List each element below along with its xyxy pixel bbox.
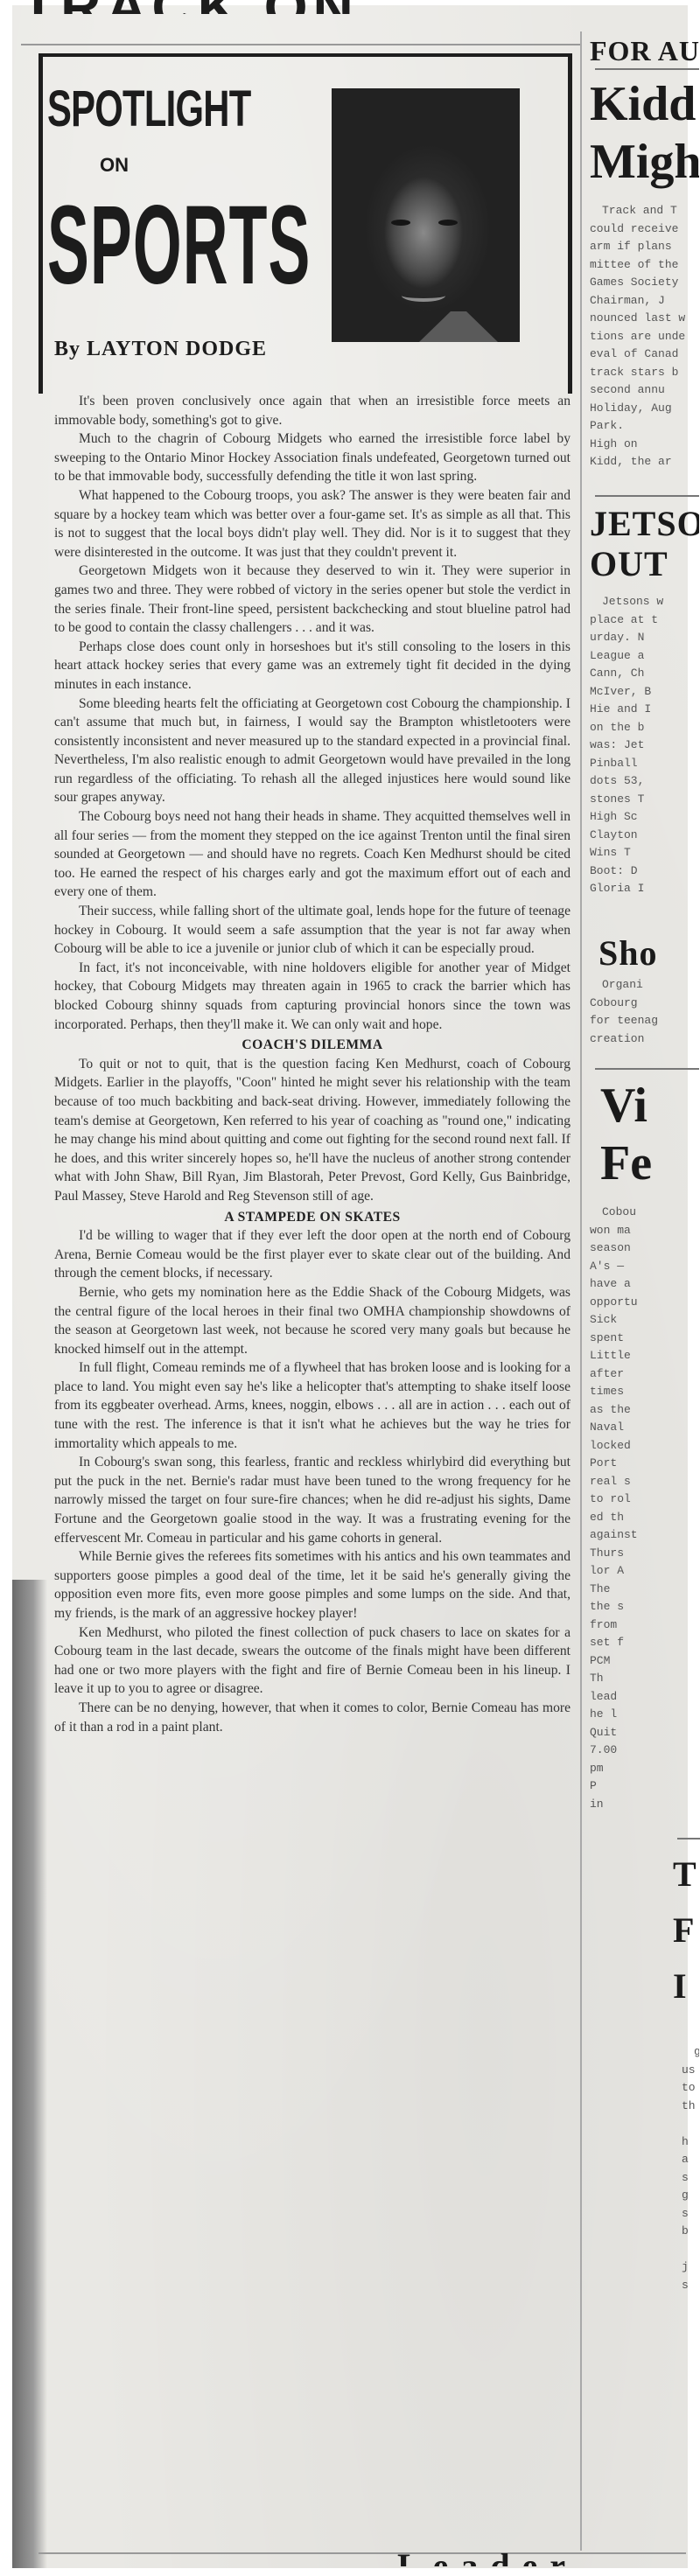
headline-1-line: Migh [590, 133, 699, 191]
column-title-spotlight: SPOTLIGHT [47, 80, 250, 138]
story-line: could receive [590, 220, 699, 239]
story-line: was: Jet [590, 736, 699, 755]
masthead-fragment: TRACK ON [21, 0, 563, 14]
story-line: from [590, 1616, 699, 1635]
story-line: McIver, B [590, 683, 699, 702]
story-line: PCM [590, 1652, 699, 1671]
article-section-stampede: I'd be willing to wager that if they eve… [54, 1226, 570, 1736]
story-line: arm if plans [590, 238, 699, 256]
story-line: Clayton [590, 827, 699, 845]
story-line: Track and T [590, 202, 699, 220]
story-line: nounced last w [590, 310, 699, 328]
story-line: times [590, 1383, 699, 1401]
story-line: creation [590, 1030, 699, 1049]
story-line: The [590, 1581, 699, 1599]
story-line: j [682, 2258, 699, 2277]
story-line: Holiday, Aug [590, 400, 699, 418]
story-line: stones T [590, 791, 699, 809]
story-line: Cobourg [590, 995, 699, 1013]
subhead-coaches-dilemma: COACH'S DILEMMA [54, 1036, 570, 1055]
article-paragraph: Perhaps close does count only in horsesh… [54, 638, 570, 695]
story-line [682, 2241, 699, 2259]
story-line: dots 53, [590, 772, 699, 791]
right-headline-3: Sho [598, 932, 700, 974]
right-kicker: FOR AU [590, 35, 699, 67]
right-headline-5: T F I [673, 1846, 700, 2014]
story-line: P [590, 1777, 699, 1796]
story-line: Park. [590, 417, 699, 436]
story-line: Naval [590, 1419, 699, 1437]
story-line: Cobou [590, 1204, 699, 1222]
story-line: Boot: D [590, 862, 699, 881]
story-line: he l [590, 1706, 699, 1724]
story-line: for teenag [590, 1012, 699, 1030]
story-line: Sick [590, 1311, 699, 1330]
newspaper-page: TRACK ON SPOTLIGHT ON SPORTS By LAYTON D… [12, 5, 688, 2568]
right-story-4: Cobouwon maseasonA's —have aopportuSicks… [590, 1204, 699, 1813]
story-line: League a [590, 647, 699, 666]
story-line: g [682, 2187, 699, 2205]
story-line: in [590, 1796, 699, 1814]
story-line: to [682, 2079, 699, 2098]
masthead-rule [21, 44, 581, 45]
story-line: us [682, 2062, 699, 2080]
article-paragraph: What happened to the Cobourg troops, you… [54, 486, 570, 562]
right-headline-1: Kidd Migh [590, 75, 699, 191]
headline-4-line: Fe [600, 1134, 700, 1192]
story-line: locked [590, 1437, 699, 1456]
story-line: High on [590, 436, 699, 454]
photo-collar [419, 311, 498, 342]
headline-5-line: T [673, 1846, 700, 1902]
scan-edge-shadow [12, 1580, 47, 2568]
right-headline-4: Vi Fe [600, 1077, 700, 1192]
article-paragraph: It's been proven conclusively once again… [54, 392, 570, 429]
article-body: It's been proven conclusively once again… [54, 392, 570, 1736]
article-paragraph: Their success, while falling short of th… [54, 902, 570, 959]
right-headline-2: JETSO OUT [590, 504, 699, 584]
subhead-stampede-on-skates: A STAMPEDE ON SKATES [54, 1208, 570, 1227]
story-line: s [682, 2205, 699, 2223]
columnist-photo [332, 88, 520, 342]
story-line: th [682, 2098, 699, 2116]
story-line: Kidd, the ar [590, 453, 699, 471]
story-line [682, 2115, 699, 2133]
article-paragraph: Bernie, who gets my nomination here as t… [54, 1283, 570, 1358]
story-line: the s [590, 1598, 699, 1616]
story-line: spent [590, 1330, 699, 1348]
headline-5-line: I [673, 1958, 700, 2014]
story-line: Thurs [590, 1545, 699, 1563]
right-story-3: OrganiCobourgfor teenagcreation [590, 976, 699, 1048]
story-line: won ma [590, 1222, 699, 1240]
headline-1-line: Kidd [590, 75, 699, 133]
article-section-intro: It's been proven conclusively once again… [54, 392, 570, 1034]
story-line: Jetsons w [590, 593, 699, 611]
story-line: tions are unde [590, 328, 699, 346]
article-paragraph: To quit or not to quit, that is the ques… [54, 1055, 570, 1206]
story-line: s [682, 2169, 699, 2188]
story-line: urday. N [590, 629, 699, 647]
story-line: Cann, Ch [590, 665, 699, 683]
story-line: A's — [590, 1258, 699, 1276]
story-line: Port [590, 1455, 699, 1473]
right-rule [595, 1068, 699, 1070]
story-line: on the b [590, 719, 699, 737]
column-title-on: ON [100, 154, 129, 177]
headline-5-line: F [673, 1902, 700, 1958]
story-line: place at t [590, 611, 699, 630]
story-line: Chairman, J [590, 292, 699, 311]
article-paragraph: While Bernie gives the referees fits som… [54, 1547, 570, 1623]
headline-2-line: JETSO [590, 504, 699, 544]
byline: By LAYTON DODGE [54, 338, 267, 361]
story-line: lead [590, 1688, 699, 1707]
story-line: 7.00 [590, 1742, 699, 1760]
story-line: a [682, 2151, 699, 2169]
photo-eyes [384, 220, 472, 228]
story-line: pm [590, 1760, 699, 1778]
article-paragraph: I'd be willing to wager that if they eve… [54, 1226, 570, 1283]
story-line: Games Society [590, 274, 699, 292]
column-divider [580, 31, 582, 2551]
story-line: Wins T [590, 844, 699, 862]
story-line: gl [682, 2043, 699, 2062]
story-line: Th [590, 1670, 699, 1688]
article-paragraph: In fact, it's not inconceivable, with ni… [54, 959, 570, 1034]
story-line: real s [590, 1473, 699, 1491]
right-story-1: Track and Tcould receivearm if plansmitt… [590, 202, 699, 471]
right-story-5: glustoth hasgsb js [682, 2043, 699, 2294]
story-line: against [590, 1526, 699, 1545]
article-paragraph: In Cobourg's swan song, this fearless, f… [54, 1453, 570, 1547]
story-line: opportu [590, 1294, 699, 1312]
story-line: Little [590, 1347, 699, 1365]
story-line: mittee of the [590, 256, 699, 275]
story-line: season [590, 1239, 699, 1258]
column-title-sports: SPORTS [47, 185, 311, 307]
story-line: Gloria I [590, 880, 699, 898]
story-line: eval of Canad [590, 346, 699, 364]
story-line: Organi [590, 976, 699, 995]
story-line: Hie and I [590, 701, 699, 719]
story-line: set f [590, 1634, 699, 1652]
story-line: High Sc [590, 808, 699, 827]
article-paragraph: Ken Medhurst, who piloted the finest col… [54, 1623, 570, 1699]
right-rule [677, 1838, 700, 1840]
article-paragraph: Georgetown Midgets won it because they d… [54, 562, 570, 637]
article-paragraph: There can be no denying, however, that w… [54, 1699, 570, 1736]
article-paragraph: In full flight, Comeau reminds me of a f… [54, 1358, 570, 1453]
article-paragraph: Some bleeding hearts felt the officiatin… [54, 695, 570, 808]
story-line: h [682, 2133, 699, 2152]
story-line: have a [590, 1275, 699, 1294]
photo-smile [402, 290, 445, 302]
right-rule [595, 68, 699, 70]
headline-2-line: OUT [590, 544, 699, 584]
right-story-2: Jetsons wplace at turday. NLeague aCann,… [590, 593, 699, 898]
story-line: s [682, 2277, 699, 2295]
right-rule [595, 495, 699, 497]
story-line: Pinball [590, 755, 699, 773]
story-line: to rol [590, 1490, 699, 1509]
headline-4-line: Vi [600, 1077, 700, 1134]
story-line: track stars b [590, 364, 699, 382]
article-section-dilemma: To quit or not to quit, that is the ques… [54, 1055, 570, 1206]
bottom-headline-fragment: Leader [397, 2549, 660, 2566]
story-line: as the [590, 1401, 699, 1420]
story-line: after [590, 1365, 699, 1384]
article-paragraph: Much to the chagrin of Cobourg Midgets w… [54, 429, 570, 486]
story-line: second annu [590, 381, 699, 400]
story-line: ed th [590, 1509, 699, 1527]
story-line: lor A [590, 1562, 699, 1581]
story-line: b [682, 2223, 699, 2241]
story-line: Quit [590, 1724, 699, 1742]
article-paragraph: The Cobourg boys need not hang their hea… [54, 807, 570, 902]
